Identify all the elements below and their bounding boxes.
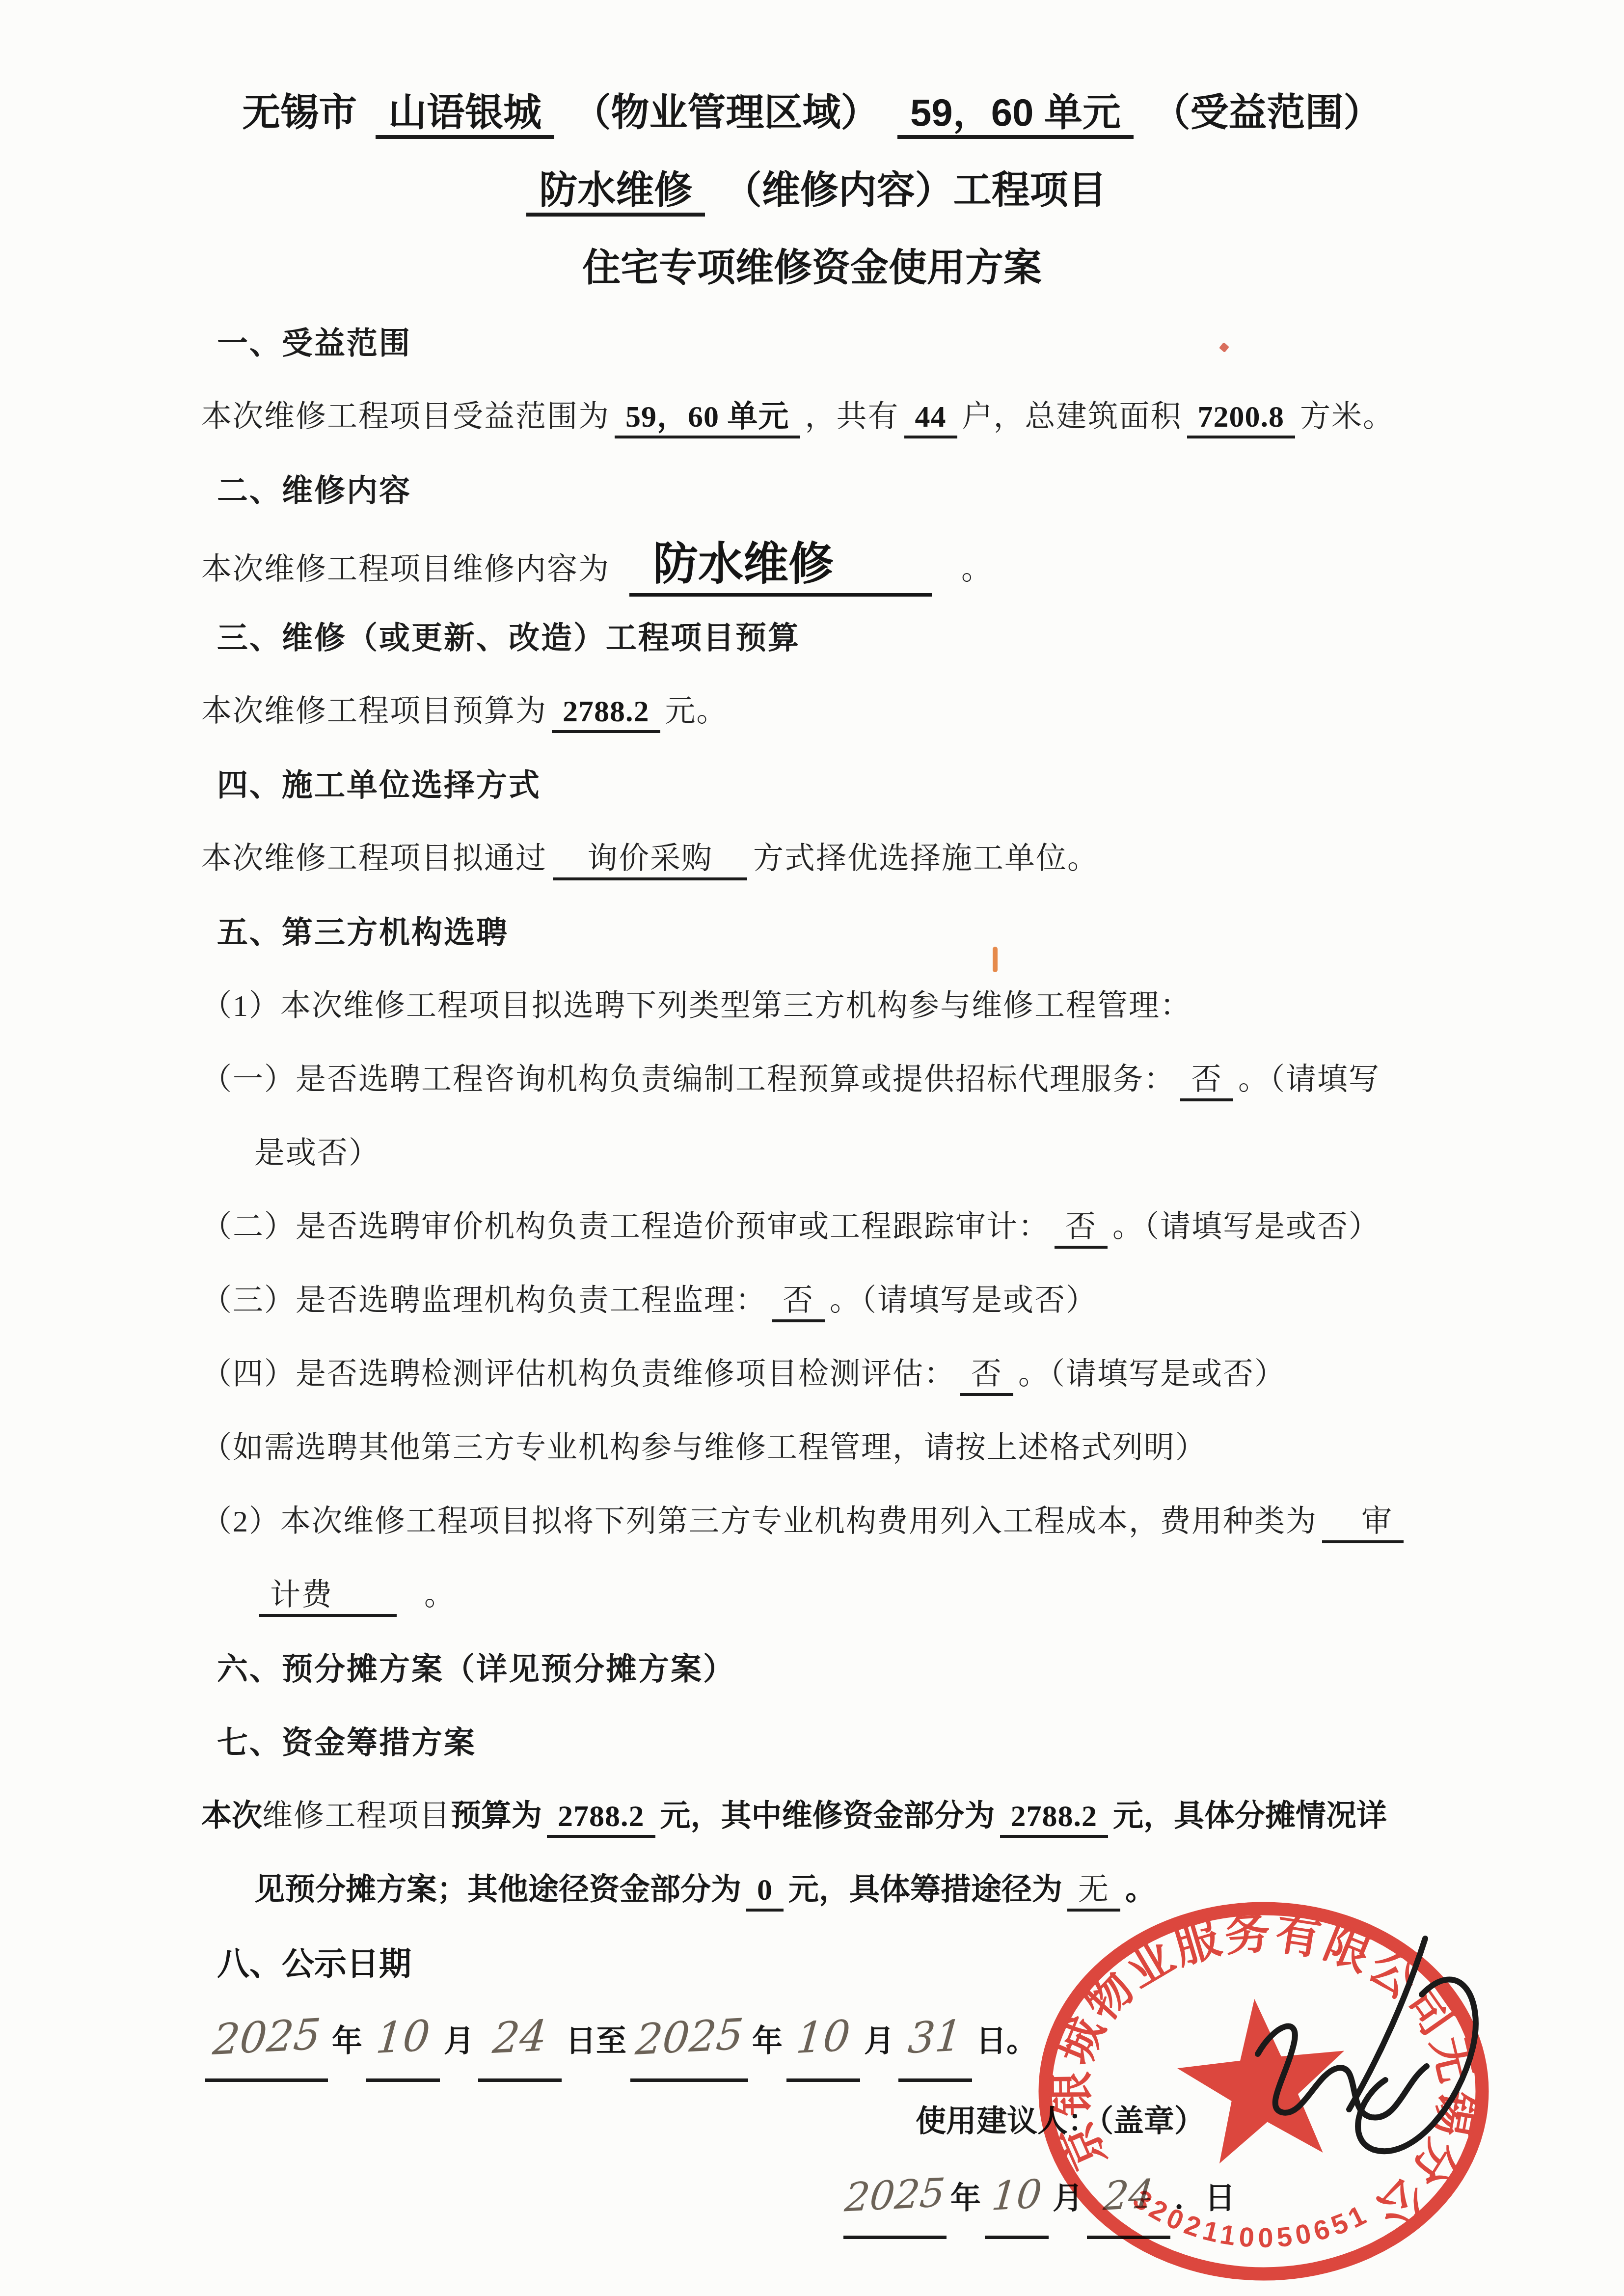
handwritten-sign-day: 24 xyxy=(1101,2157,1157,2234)
fund-portion-fill: 2788.2 xyxy=(1000,1800,1109,1838)
document-title: 无锡市 山语银城 （物业管理区域） 59，60 单元 （受益范围） 防水维修 （… xyxy=(0,0,1624,306)
procurement-method-fill: 询价采购 xyxy=(553,842,747,880)
text-run: 本次维修工程项目维修内容为 xyxy=(201,553,610,586)
handwritten-month1: 10 xyxy=(373,1999,433,2076)
section-6-heading: 六、预分摊方案（详见预分摊方案） xyxy=(217,1632,1550,1706)
answer-fill-q3: 否 xyxy=(772,1284,825,1322)
section-2-body: 本次维修工程项目维修内容为防水维修。 xyxy=(201,527,1550,601)
total-budget-fill: 2788.2 xyxy=(547,1800,655,1838)
year-label: 年 xyxy=(950,2182,981,2215)
text-run: （2）本次维修工程项目拟将下列第三方专业机构费用列入工程成本，费用种类为 xyxy=(201,1505,1317,1538)
text-run: 见预分摊方案；其他途径资金部分为 xyxy=(254,1873,741,1907)
scanned-document-page: 无锡市 山语银城 （物业管理区域） 59，60 单元 （受益范围） 防水维修 （… xyxy=(0,0,1624,2296)
date-blank-year2: 2025 xyxy=(630,2000,748,2082)
year-label: 年 xyxy=(752,2024,783,2058)
answer-fill-q4: 否 xyxy=(960,1358,1013,1396)
title-scope-label: （受益范围） xyxy=(1152,91,1382,134)
date-blank-month1: 10 xyxy=(366,2000,440,2082)
signer-label-line: 使用建议人：（盖章） xyxy=(916,2085,1550,2159)
month-label: 月 xyxy=(1053,2182,1083,2215)
budget-amount-fill: 2788.2 xyxy=(552,695,660,733)
fee-type-fill-end: 计费 xyxy=(259,1579,397,1617)
handwritten-year2: 2025 xyxy=(632,1997,746,2077)
floor-area-fill: 7200.8 xyxy=(1187,400,1296,438)
title-city: 无锡市 xyxy=(242,91,357,134)
text-run: 。（请填写 xyxy=(1238,1063,1380,1096)
sign-blank-day: 24 xyxy=(1087,2159,1170,2239)
section-5-p2: （2）本次维修工程项目拟将下列第三方专业机构费用列入工程成本，费用种类为审 xyxy=(201,1485,1550,1558)
text-run: 。 xyxy=(424,1579,456,1612)
section-1-heading: 一、受益范围 xyxy=(217,306,1550,380)
title-area-label: （物业管理区域） xyxy=(572,91,879,134)
text-run: 。（请填写是或否） xyxy=(1018,1358,1286,1391)
section-5-p2-cont: 计费。 xyxy=(254,1558,1550,1632)
section-4-heading: 四、施工单位选择方式 xyxy=(217,748,1550,822)
text-run: 。 xyxy=(1125,1873,1156,1907)
section-5-q4: （四）是否选聘检测评估机构负责维修项目检测评估：否。（请填写是或否） xyxy=(201,1338,1550,1411)
sign-blank-month: 10 xyxy=(985,2159,1049,2239)
signer-date-line: 2025年10月24．日 xyxy=(839,2159,1550,2232)
handwritten-year1: 2025 xyxy=(210,1997,324,2077)
title-line-3: 住宅专项维修资金使用方案 xyxy=(0,229,1624,306)
text-run: 方式择优选择施工单位。 xyxy=(753,842,1099,875)
signer-label: 使用建议人：（盖章） xyxy=(916,2105,1205,2138)
section-8-heading: 八、公示日期 xyxy=(217,1927,1550,2000)
answer-fill-q2: 否 xyxy=(1055,1210,1108,1249)
text-run: 元，具体筹措途径为 xyxy=(788,1873,1062,1907)
section-2-heading: 二、维修内容 xyxy=(217,454,1550,527)
text-run: 户，总建筑面积 xyxy=(962,400,1182,434)
section-1-body: 本次维修工程项目受益范围为59，60 单元，共有44户，总建筑面积7200.8方… xyxy=(201,380,1550,454)
handwritten-day2: 31 xyxy=(905,1999,965,2076)
section-3-body: 本次维修工程项目预算为2788.2元。 xyxy=(201,675,1550,748)
title-project-label: （维修内容）工程项目 xyxy=(724,168,1107,212)
document-body: 一、受益范围 本次维修工程项目受益范围为59，60 单元，共有44户，总建筑面积… xyxy=(0,306,1624,2232)
benefit-scope-fill: 59，60 单元 xyxy=(615,400,800,438)
text-run: 元，其中维修资金部分为 xyxy=(660,1799,995,1833)
date-blank-year1: 2025 xyxy=(205,2000,328,2082)
text-run: 本次维修工程项目拟通过 xyxy=(201,842,547,875)
title-repair-fill: 防水维修 xyxy=(526,168,705,217)
text-run: 本次维修工程项目受益范围为 xyxy=(201,400,610,434)
handwritten-sign-year: 2025 xyxy=(842,2156,948,2235)
publicity-date-line: 2025年10月24日至2025年10月31日。 xyxy=(201,2000,1550,2074)
day-label: 日。 xyxy=(976,2024,1037,2058)
text-run: 预算为 xyxy=(451,1799,542,1833)
text-run: ，共有 xyxy=(805,400,899,434)
date-blank-day1: 24 xyxy=(478,2000,562,2082)
household-count-fill: 44 xyxy=(904,400,957,438)
title-line-1: 无锡市 山语银城 （物业管理区域） 59，60 单元 （受益范围） xyxy=(0,74,1624,151)
sign-blank-year: 2025 xyxy=(843,2159,947,2239)
title-community-fill: 山语银城 xyxy=(376,91,554,139)
answer-fill-q1: 否 xyxy=(1180,1063,1233,1101)
text-run: （一）是否选聘工程咨询机构负责编制工程预算或提供招标代理服务： xyxy=(201,1063,1175,1096)
text-run: （四）是否选聘检测评估机构负责维修项目检测评估： xyxy=(201,1358,955,1391)
date-blank-day2: 31 xyxy=(898,2000,972,2082)
section-4-body: 本次维修工程项目拟通过询价采购方式择优选择施工单位。 xyxy=(201,822,1550,896)
other-fund-fill: 0 xyxy=(746,1873,784,1912)
text-run: 。（请填写是或否） xyxy=(830,1284,1097,1317)
text-run: 。 xyxy=(961,553,993,586)
section-7-body-1: 本次维修工程项目预算为2788.2元，其中维修资金部分为2788.2元，具体分摊… xyxy=(201,1779,1550,1853)
section-3-heading: 三、维修（或更新、改造）工程项目预算 xyxy=(217,601,1550,675)
repair-content-fill: 防水维修 xyxy=(629,539,932,597)
text-run: 元，具体分摊情况详 xyxy=(1113,1799,1387,1833)
scan-speck-orange xyxy=(993,947,998,972)
title-units-fill: 59，60 单元 xyxy=(897,91,1134,139)
section-7-body-2: 见预分摊方案；其他途径资金部分为0元，具体筹措途径为无。 xyxy=(254,1853,1550,1927)
date-blank-month2: 10 xyxy=(786,2000,860,2082)
year-label: 年 xyxy=(332,2024,362,2058)
title-line-2: 防水维修 （维修内容）工程项目 xyxy=(0,151,1624,229)
text-run: （三）是否选聘监理机构负责工程监理： xyxy=(201,1284,767,1317)
month-label: 月 xyxy=(444,2024,474,2058)
fee-type-fill-start: 审 xyxy=(1322,1505,1404,1543)
handwritten-sign-month: 10 xyxy=(989,2157,1045,2234)
section-5-q3: （三）是否选聘监理机构负责工程监理：否。（请填写是或否） xyxy=(201,1264,1550,1338)
handwritten-day1: 24 xyxy=(490,1999,550,2076)
month-label: 月 xyxy=(864,2024,894,2058)
text-run: 。（请填写是或否） xyxy=(1112,1210,1380,1244)
text-run: 方米。 xyxy=(1300,400,1394,434)
to-label: 日至 xyxy=(566,2024,626,2058)
text-run: 本次 xyxy=(201,1799,262,1833)
text-run: 本次维修工程项目预算为 xyxy=(201,695,547,728)
text-run: （二）是否选聘审价机构负责工程造价预审或工程跟踪审计： xyxy=(201,1210,1050,1244)
section-5-p1: （1）本次维修工程项目拟选聘下列类型第三方机构参与维修工程管理： xyxy=(201,969,1550,1043)
section-5-heading: 五、第三方机构选聘 xyxy=(217,896,1550,969)
section-5-q1: （一）是否选聘工程咨询机构负责编制工程预算或提供招标代理服务：否。（请填写 xyxy=(201,1043,1550,1117)
section-5-note: （如需选聘其他第三方专业机构参与维修工程管理，请按上述格式列明） xyxy=(201,1411,1550,1485)
raise-channel-fill: 无 xyxy=(1067,1873,1120,1912)
section-7-heading: 七、资金筹措方案 xyxy=(217,1706,1550,1779)
text-run: 维修工程项目 xyxy=(262,1800,451,1833)
handwritten-month2: 10 xyxy=(793,1999,853,2076)
section-5-q1-cont: 是或否） xyxy=(254,1117,1550,1190)
section-5-q2: （二）是否选聘审价机构负责工程造价预审或工程跟踪审计：否。（请填写是或否） xyxy=(201,1190,1550,1264)
day-label: ．日 xyxy=(1174,2182,1235,2215)
page-title: 住宅专项维修资金使用方案 xyxy=(582,246,1042,289)
text-run: 元。 xyxy=(665,695,728,728)
